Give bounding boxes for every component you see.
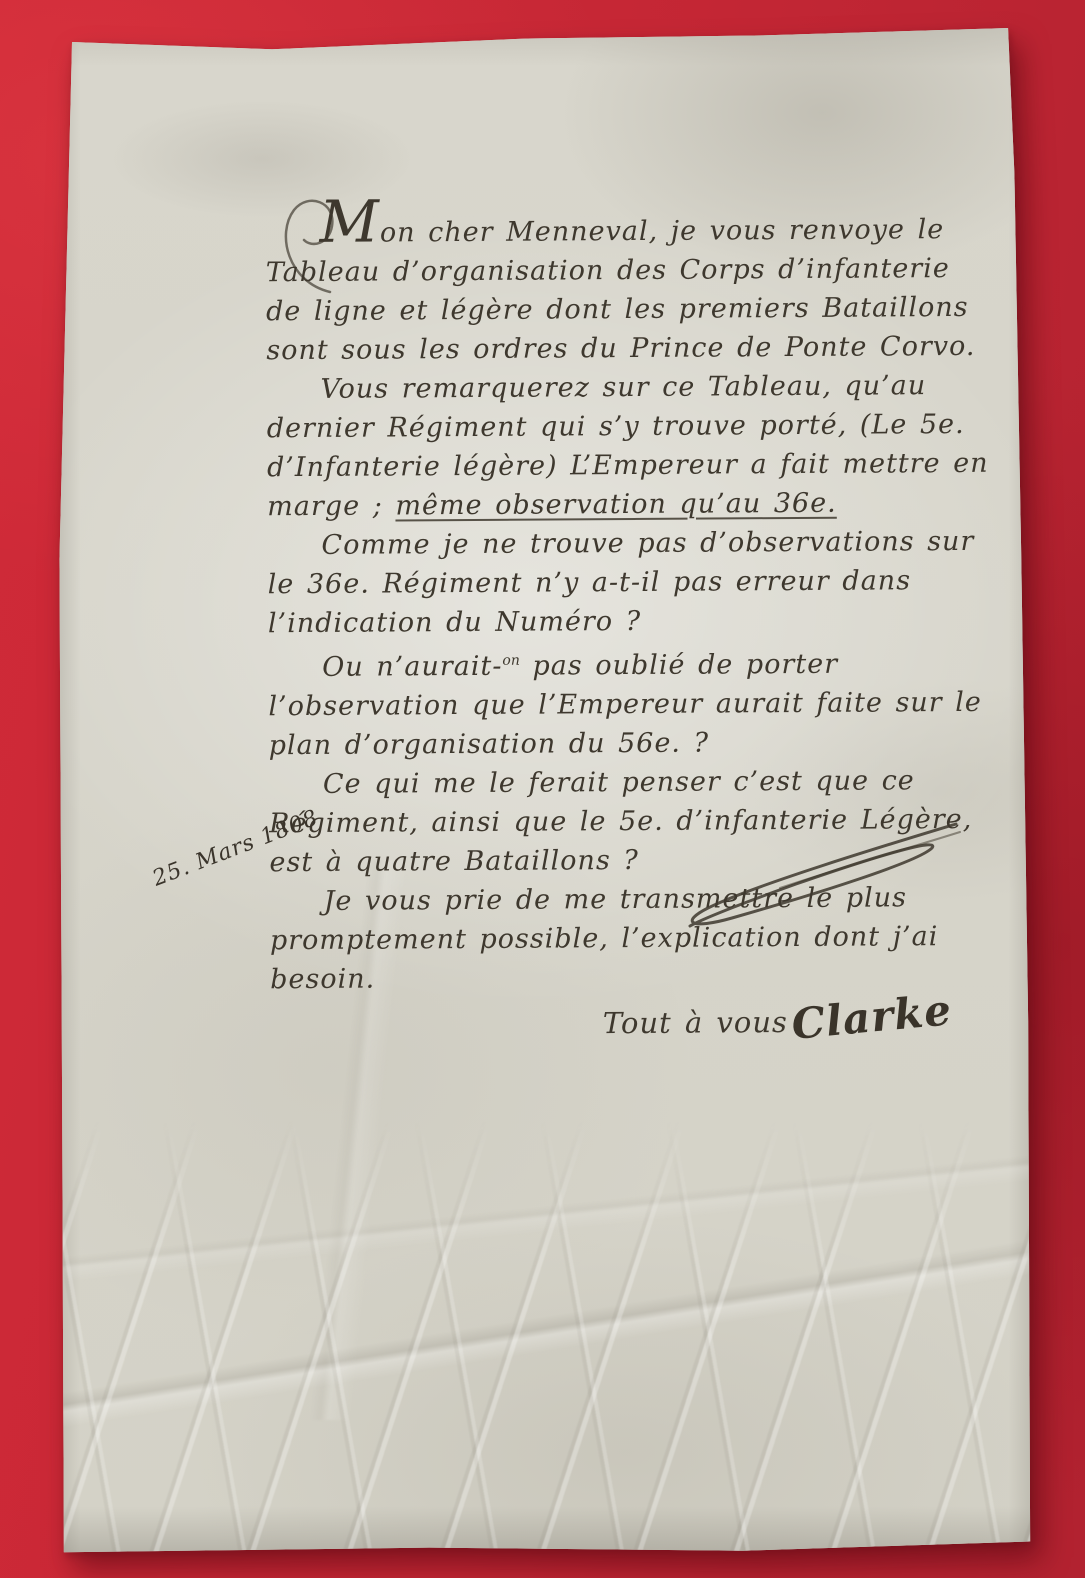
signature-name: Clarke xyxy=(790,990,953,1044)
letter-paper-wrapper: Mon cher Menneval, je vous renvoye le Ta… xyxy=(56,20,1038,1560)
letter-paper: Mon cher Menneval, je vous renvoye le Ta… xyxy=(56,20,1038,1560)
letter-paragraph-4: Ou n’aurait-on pas oublié de porter l’ob… xyxy=(268,639,997,765)
paragraph-2-underlined-text: même observation qu’au 36e. xyxy=(395,488,837,522)
paragraph-4-superscript: on xyxy=(502,653,520,669)
letter-paragraph-2: Vous remarquerez sur ce Tableau, qu’au d… xyxy=(266,366,995,526)
letter-paragraph-5: Ce qui me le ferait penser c’est que ce … xyxy=(269,761,998,882)
closing-row: Tout à vous Clarke xyxy=(270,997,998,1045)
letter-paragraph-3: Comme je ne trouve pas d’observations su… xyxy=(267,522,996,643)
paper-bottom-crinkles xyxy=(56,1120,1038,1560)
letter-paragraph-6: Je vous prie de me transmettre le plus p… xyxy=(270,878,999,999)
letter-paragraph-1: Mon cher Menneval, je vous renvoye le Ta… xyxy=(265,210,994,370)
letter-body: Mon cher Menneval, je vous renvoye le Ta… xyxy=(265,210,998,1045)
closing-salutation: Tout à vous xyxy=(603,1003,788,1043)
paragraph-4-text: Ou n’aurait- xyxy=(322,651,502,683)
red-cloth-background: Mon cher Menneval, je vous renvoye le Ta… xyxy=(0,0,1085,1578)
